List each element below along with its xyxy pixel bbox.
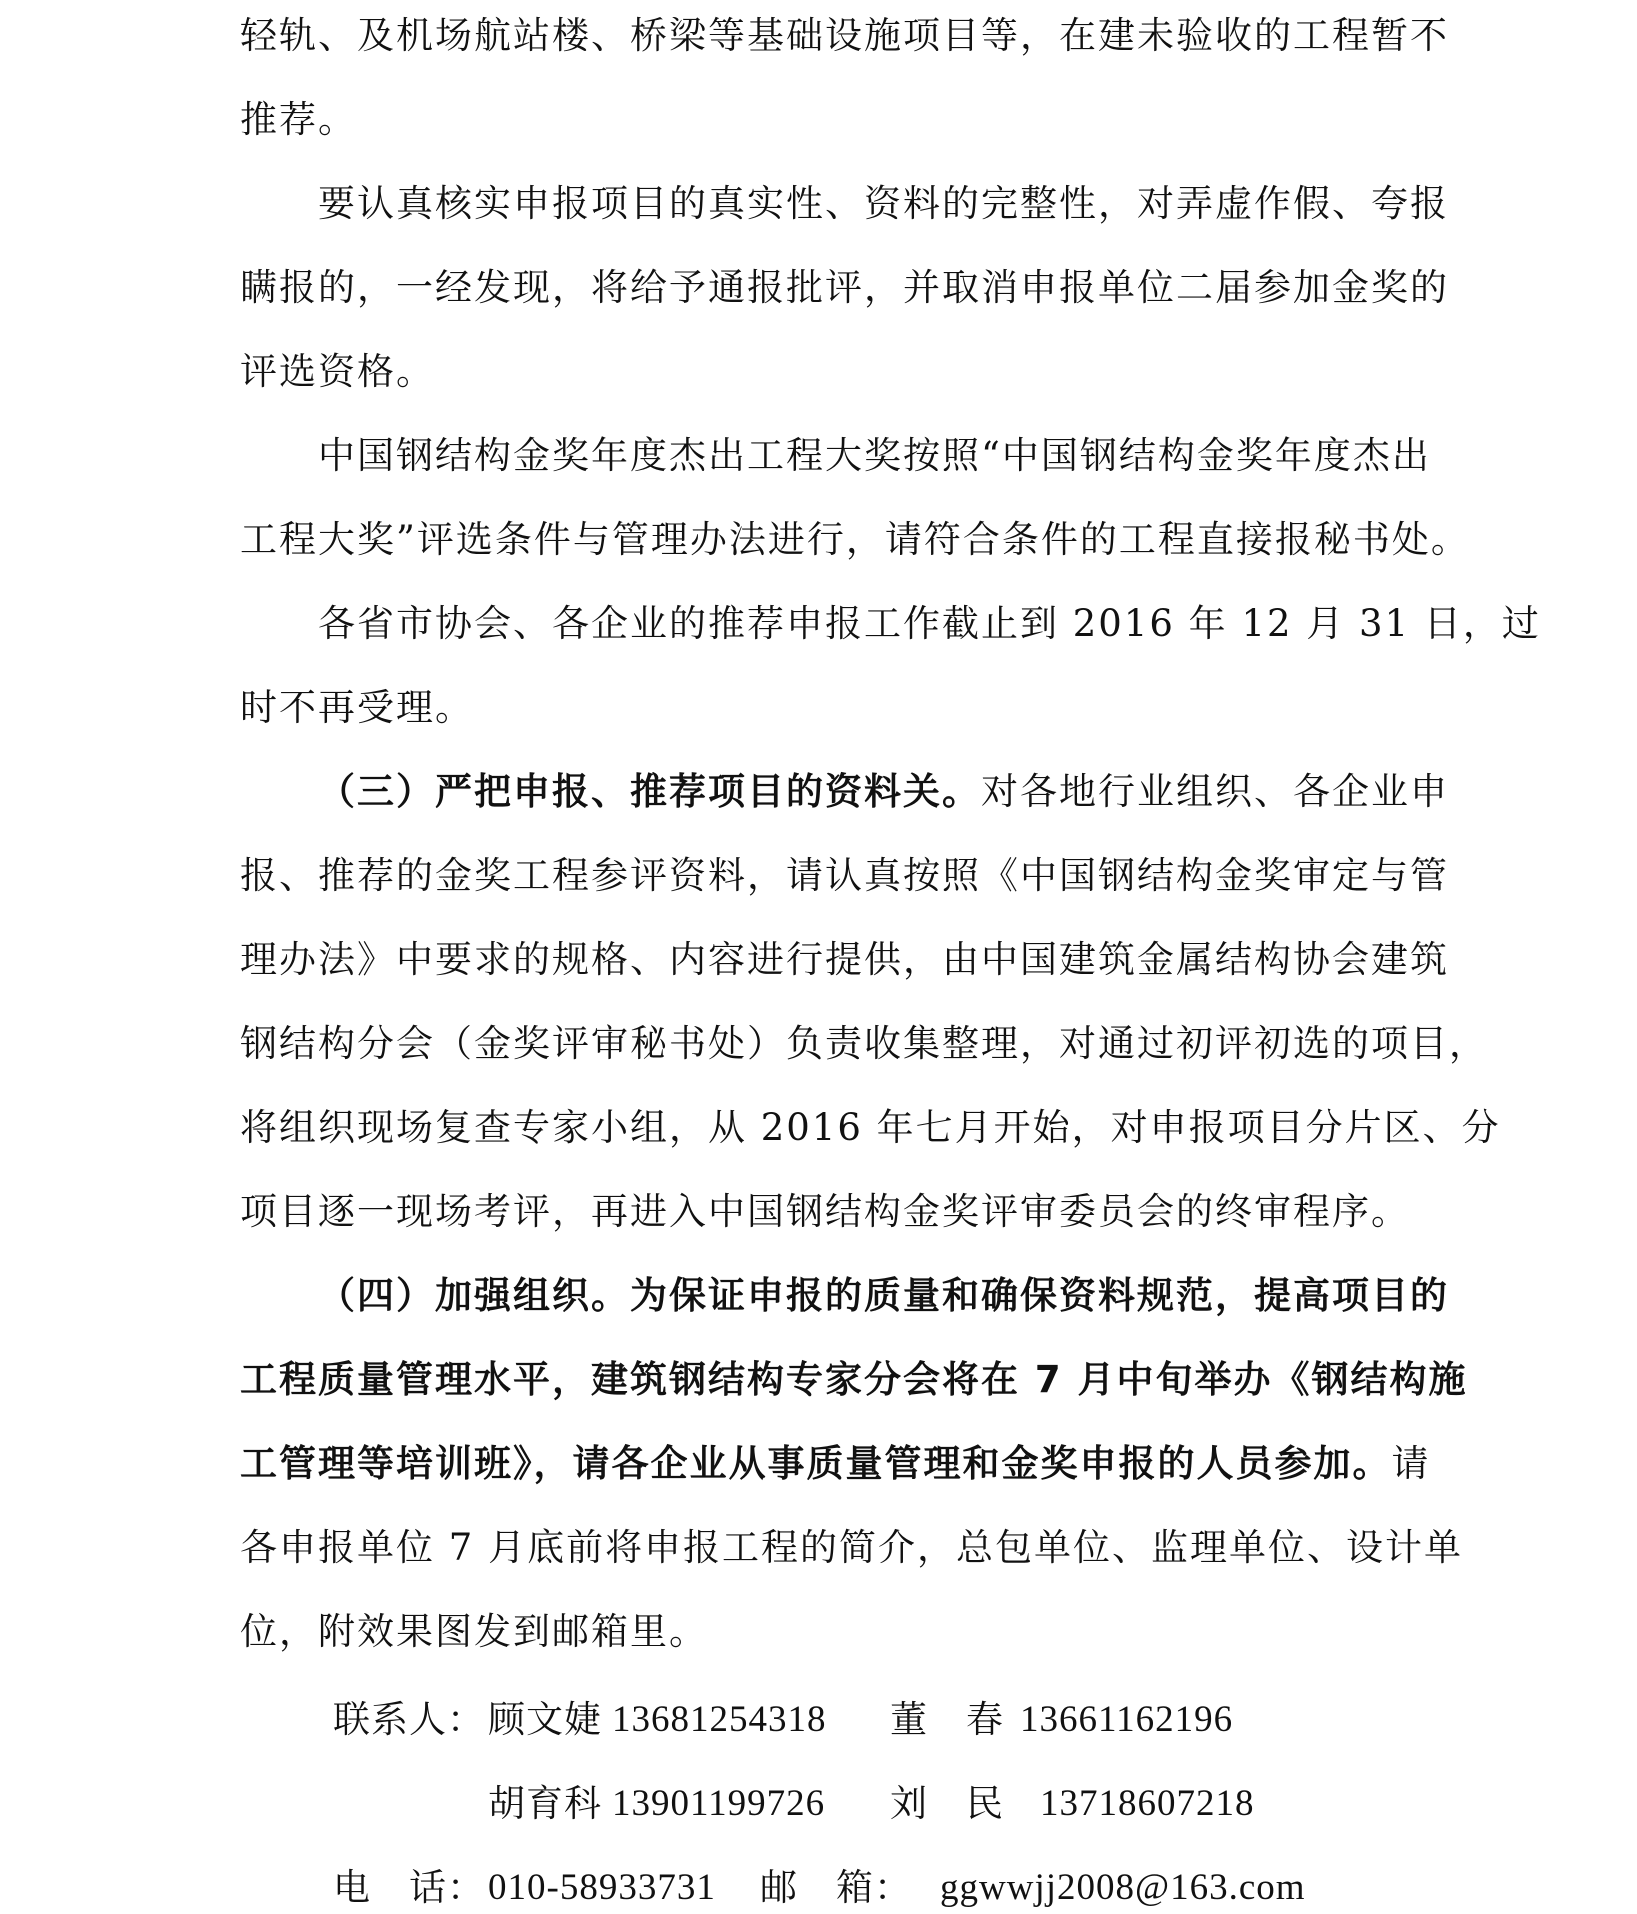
text-line: 将组织现场复查专家小组，从 2016 年七月开始，对申报项目分片区、分 xyxy=(240,1106,1410,1150)
contact-phone: 13718607218 xyxy=(1040,1782,1255,1826)
text-line: 评选资格。 xyxy=(240,350,1410,394)
contact-name: 顾文婕 xyxy=(488,1698,602,1742)
text-line: 报、推荐的金奖工程参评资料，请认真按照《中国钢结构金奖审定与管 xyxy=(240,854,1410,898)
bold-text: 工管理等培训班》，请各企业从事质量管理和金奖申报的人员参加。 xyxy=(240,1442,1392,1485)
contact-name: 董 春 xyxy=(890,1698,1004,1742)
contact-label: 联系人： xyxy=(333,1698,485,1742)
section-three-heading: （三）严把申报、推荐项目的资料关。对各地行业组织、各企业申 xyxy=(318,770,1410,814)
document-page: 轻轨、及机场航站楼、桥梁等基础设施项目等，在建未验收的工程暂不 推荐。 要认真核… xyxy=(0,0,1637,1914)
contact-phone: 13901199726 xyxy=(612,1782,825,1826)
line-text: 对各地行业组织、各企业申 xyxy=(981,770,1449,813)
text-line: 工程大奖”评选条件与管理办法进行，请符合条件的工程直接报秘书处。 xyxy=(240,518,1410,562)
line-text: 项目逐一现场考评，再进入中国钢结构金奖评审委员会的终审程序。 xyxy=(240,1190,1410,1233)
text-line: 位，附效果图发到邮箱里。 xyxy=(240,1610,1410,1654)
line-text: 轻轨、及机场航站楼、桥梁等基础设施项目等，在建未验收的工程暂不 xyxy=(240,14,1449,57)
line-text: 推荐。 xyxy=(240,98,357,141)
paragraph-start: 中国钢结构金奖年度杰出工程大奖按照“中国钢结构金奖年度杰出 xyxy=(318,434,1410,478)
text-line: 项目逐一现场考评，再进入中国钢结构金奖评审委员会的终审程序。 xyxy=(240,1190,1410,1234)
email-address[interactable]: ggwwjj2008@163.com xyxy=(940,1866,1306,1910)
tel-number: 010-58933731 xyxy=(488,1866,716,1910)
contact-name: 刘 民 xyxy=(890,1782,1004,1826)
text-line: 理办法》中要求的规格、内容进行提供，由中国建筑金属结构协会建筑 xyxy=(240,938,1410,982)
line-text: 位，附效果图发到邮箱里。 xyxy=(240,1610,708,1653)
section-heading-bold: （四）加强组织。为保证申报的质量和确保资料规范，提高项目的 xyxy=(318,1274,1449,1317)
bold-text: 工程质量管理水平，建筑钢结构专家分会将在 7 月中旬举办《钢结构施 xyxy=(240,1358,1468,1401)
line-text: 要认真核实申报项目的真实性、资料的完整性，对弄虚作假、夸报 xyxy=(318,182,1449,225)
email-label: 邮 箱： xyxy=(760,1866,912,1910)
text-line: 钢结构分会（金奖评审秘书处）负责收集整理，对通过初评初选的项目， xyxy=(240,1022,1410,1066)
line-text: 各申报单位 7 月底前将申报工程的简介，总包单位、监理单位、设计单 xyxy=(240,1526,1463,1569)
line-text: 将组织现场复查专家小组，从 2016 年七月开始，对申报项目分片区、分 xyxy=(240,1106,1501,1149)
line-text: 报、推荐的金奖工程参评资料，请认真按照《中国钢结构金奖审定与管 xyxy=(240,854,1449,897)
text-line: 工程质量管理水平，建筑钢结构专家分会将在 7 月中旬举办《钢结构施 xyxy=(240,1358,1410,1402)
line-text: 评选资格。 xyxy=(240,350,435,393)
line-text: 时不再受理。 xyxy=(240,686,474,729)
contact-phone: 13681254318 xyxy=(612,1698,827,1742)
text-line: 各申报单位 7 月底前将申报工程的简介，总包单位、监理单位、设计单 xyxy=(240,1526,1410,1570)
text-line: 瞒报的，一经发现，将给予通报批评，并取消申报单位二届参加金奖的 xyxy=(240,266,1410,310)
paragraph-start: 各省市协会、各企业的推荐申报工作截止到 2016 年 12 月 31 日，过 xyxy=(318,602,1410,646)
line-text: 钢结构分会（金奖评审秘书处）负责收集整理，对通过初评初选的项目， xyxy=(240,1022,1488,1065)
line-text: 请 xyxy=(1392,1442,1431,1485)
section-four-heading: （四）加强组织。为保证申报的质量和确保资料规范，提高项目的 xyxy=(318,1274,1410,1318)
line-text: 理办法》中要求的规格、内容进行提供，由中国建筑金属结构协会建筑 xyxy=(240,938,1449,981)
line-text: 瞒报的，一经发现，将给予通报批评，并取消申报单位二届参加金奖的 xyxy=(240,266,1449,309)
text-line: 工管理等培训班》，请各企业从事质量管理和金奖申报的人员参加。请 xyxy=(240,1442,1410,1486)
contact-name: 胡育科 xyxy=(488,1782,602,1826)
line-text: 工程大奖”评选条件与管理办法进行，请符合条件的工程直接报秘书处。 xyxy=(240,518,1470,561)
text-line: 轻轨、及机场航站楼、桥梁等基础设施项目等，在建未验收的工程暂不 xyxy=(240,14,1410,58)
text-line: 推荐。 xyxy=(240,98,1410,142)
paragraph-start: 要认真核实申报项目的真实性、资料的完整性，对弄虚作假、夸报 xyxy=(318,182,1410,226)
section-heading-bold: （三）严把申报、推荐项目的资料关。 xyxy=(318,770,981,813)
line-text: 中国钢结构金奖年度杰出工程大奖按照“中国钢结构金奖年度杰出 xyxy=(318,434,1431,477)
line-text: 各省市协会、各企业的推荐申报工作截止到 2016 年 12 月 31 日，过 xyxy=(318,602,1541,645)
text-line: 时不再受理。 xyxy=(240,686,1410,730)
contact-phone: 13661162196 xyxy=(1020,1698,1233,1742)
tel-label: 电 话： xyxy=(333,1866,485,1910)
